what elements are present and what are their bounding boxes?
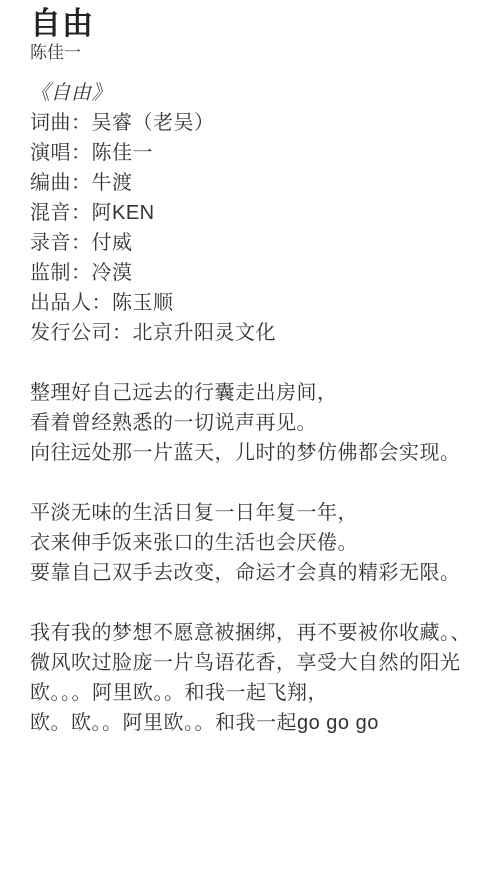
credit-line-arranger: 编曲：牛渡: [30, 168, 482, 198]
verse-1: 整理好自己远去的行囊走出房间， 看着曾经熟悉的一切说声再见。 向往远处那一片蓝天…: [30, 378, 482, 468]
credit-line-publisher: 发行公司：北京升阳灵文化: [30, 318, 482, 348]
lyric-line: 整理好自己远去的行囊走出房间，: [30, 378, 482, 408]
page-title: 自由: [30, 6, 482, 42]
lyric-line: 我有我的梦想不愿意被捆绑，再不要被你收藏。、: [30, 618, 482, 648]
lyric-line: 欧。欧。。阿里欧。。和我一起go go go: [30, 708, 482, 738]
lyrics-page: 自由 陈佳一 《自由》 词曲：吴睿（老吴） 演唱：陈佳一 编曲：牛渡 混音：阿K…: [0, 0, 500, 880]
lyric-line: 平淡无味的生活日复一日年复一年，: [30, 498, 482, 528]
credit-line-recording: 录音：付威: [30, 228, 482, 258]
credits-block: 《自由》 词曲：吴睿（老吴） 演唱：陈佳一 编曲：牛渡 混音：阿KEN 录音：付…: [30, 78, 482, 348]
lyric-line: 欧。。。阿里欧。。和我一起飞翔，: [30, 678, 482, 708]
lyric-line: 微风吹过脸庞一片鸟语花香，享受大自然的阳光: [30, 648, 482, 678]
credit-line-executive-producer: 出品人：陈玉顺: [30, 288, 482, 318]
lyric-line: 向往远处那一片蓝天，儿时的梦仿佛都会实现。: [30, 438, 482, 468]
credit-line-mixing: 混音：阿KEN: [30, 198, 482, 228]
lyric-line: 要靠自己双手去改变，命运才会真的精彩无限。: [30, 558, 482, 588]
credit-line-producer: 监制：冷漠: [30, 258, 482, 288]
lyric-line: 看着曾经熟悉的一切说声再见。: [30, 408, 482, 438]
credit-line-composer: 词曲：吴睿（老吴）: [30, 108, 482, 138]
verse-3: 我有我的梦想不愿意被捆绑，再不要被你收藏。、 微风吹过脸庞一片鸟语花香，享受大自…: [30, 618, 482, 738]
artist-name: 陈佳一: [30, 42, 482, 64]
credit-line-vocalist: 演唱：陈佳一: [30, 138, 482, 168]
lyric-line: 衣来伸手饭来张口的生活也会厌倦。: [30, 528, 482, 558]
verse-2: 平淡无味的生活日复一日年复一年， 衣来伸手饭来张口的生活也会厌倦。 要靠自己双手…: [30, 498, 482, 588]
song-title-line: 《自由》: [30, 78, 482, 108]
